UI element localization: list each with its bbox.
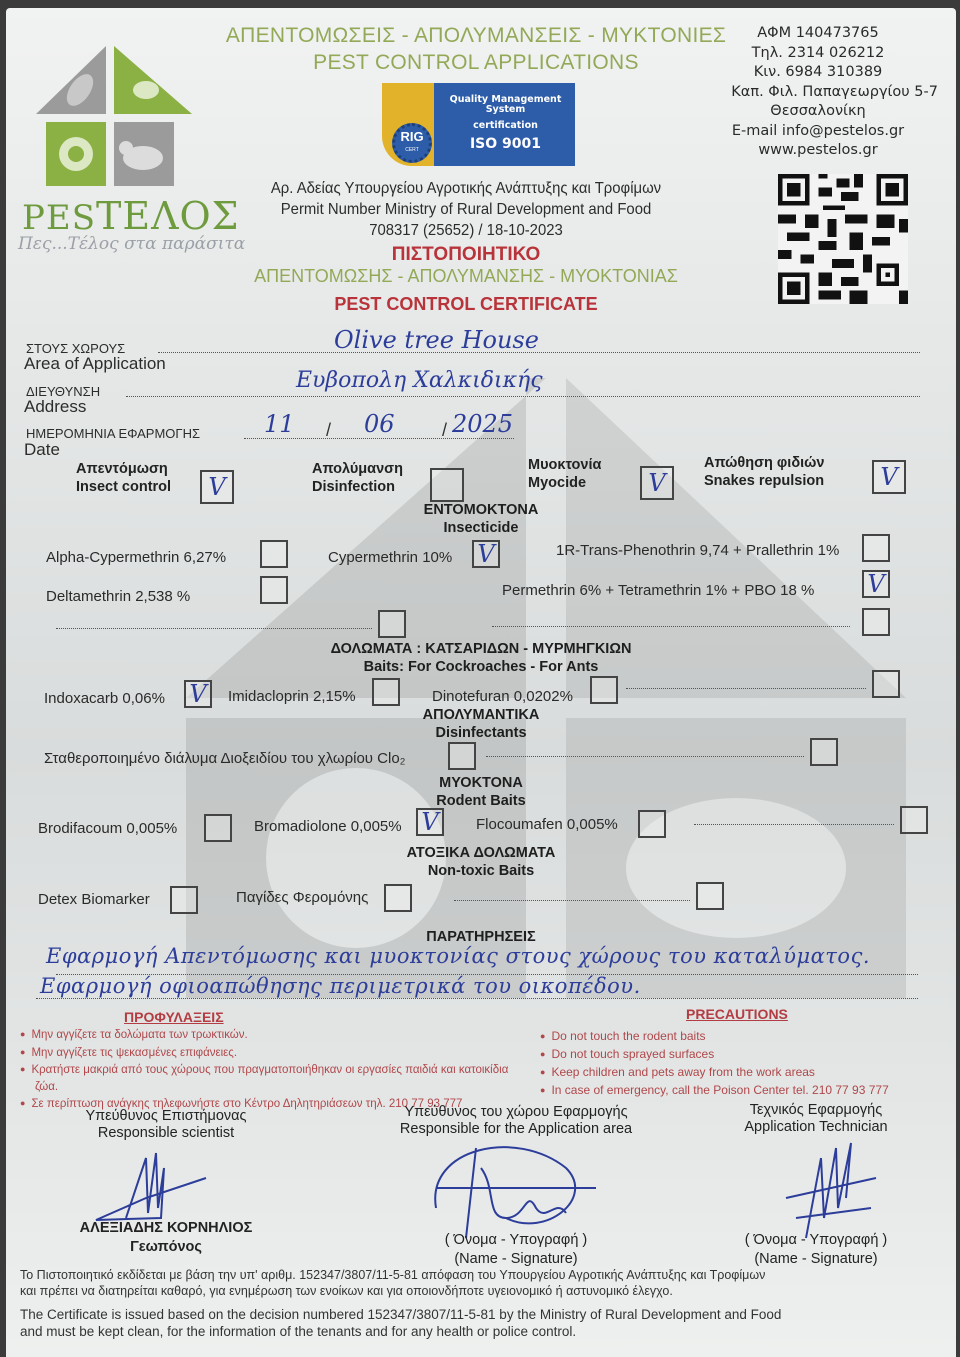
insecticide-title-en: Insecticide (6, 519, 956, 537)
service-type-checkbox[interactable]: V (872, 460, 906, 494)
disinfectants-title: ΑΠΟΛΥΜΑΝΤΙΚΑDisinfectants (6, 706, 956, 742)
area-field-value[interactable]: Olive tree House (334, 326, 539, 354)
insecticide-title-gr: ΕΝΤΟΜΟΚΤΟΝΑ (6, 501, 956, 519)
check-mark-icon: V (418, 808, 442, 836)
header-services-gr: ΑΠΕΝΤΟΜΩΣΕΙΣ - ΑΠΟΛΥΜΑΝΣΕΙΣ - ΜΥΚΤΟΝΙΕΣ (196, 24, 756, 48)
signature-title-gr: Υπεύθυνος του χώρου Εφαρμογής (366, 1104, 666, 1121)
iso-badge-text: Quality Management System certification … (438, 95, 573, 153)
iso-standard: ISO 9001 (438, 135, 573, 153)
nontoxic-blank-entry-line[interactable] (454, 900, 690, 901)
area-label-en: Area of Application (24, 354, 166, 374)
nontoxic-checkbox[interactable] (384, 884, 412, 912)
permit-block: Αρ. Αδείας Υπουργείου Αγροτικής Ανάπτυξη… (252, 178, 680, 241)
signature-block-scientist: Υπεύθυνος Επιστήμονας Responsible scient… (36, 1108, 296, 1142)
service-type-label-en: Myocide (528, 474, 601, 492)
baits-checkbox[interactable] (372, 678, 400, 706)
nontoxic-option-label: Detex Biomarker (38, 891, 150, 908)
rodent-title: ΜΥΟΚΤΟΝΑRodent Baits (6, 774, 956, 810)
service-type-checkbox[interactable]: V (200, 470, 234, 504)
contact-block: ΑΦΜ 140473765 Τηλ. 2314 026212 Κιν. 6984… (698, 24, 938, 161)
precautions-en-title: PRECAUTIONS (686, 1006, 788, 1022)
service-type-label: Απώθηση φιδιώνSnakes repulsion (704, 454, 824, 490)
mobile: Κιν. 6984 310389 (698, 63, 938, 83)
date-separator: / (442, 420, 447, 441)
check-mark-icon: V (474, 540, 498, 568)
address-field-value[interactable]: Ευβοπολη Χαλκιδικής (296, 368, 543, 393)
nontoxic-title-gr: ΑΤΟΞΙΚΑ ΔΟΛΩΜΑΤΑ (6, 844, 956, 862)
website: www.pestelos.gr (698, 141, 938, 161)
nontoxic-title-en: Non-toxic Baits (6, 862, 956, 880)
street-address: Καπ. Φιλ. Παπαγεωργίου 5-7 (698, 83, 938, 103)
nontoxic-checkbox[interactable] (170, 886, 198, 914)
service-type-checkbox[interactable] (430, 468, 464, 502)
signature-title-gr: Υπεύθυνος Επιστήμονας (36, 1108, 296, 1125)
date-label-gr: ΗΜΕΡΟΜΗΝΙΑ ΕΦΑΡΜΟΓΗΣ (26, 426, 200, 441)
footer-gr-line-2: και πρέπει να διατηρείται καθαρό, για εν… (20, 1283, 673, 1300)
disinfectants-checkbox[interactable] (810, 738, 838, 766)
address-label-en: Address (24, 397, 86, 417)
precaution-en-item: Do not touch sprayed surfaces (540, 1045, 950, 1063)
signature-technician-role-label: (Name - Signature) (706, 1251, 926, 1268)
date-day-field[interactable]: 11 (264, 410, 295, 438)
signature-scientist-role: Γεωπόνος (36, 1239, 296, 1256)
baits-title-en: Baits: For Cockroaches - For Ants (6, 658, 956, 676)
precautions-en-list: Do not touch the rodent baits Do not tou… (540, 1027, 950, 1099)
service-type-label: ΑπολύμανσηDisinfection (312, 460, 403, 496)
precaution-gr-item: Κρατήστε μακριά από τους χώρους που πραγ… (20, 1061, 520, 1095)
area-dotted-line (158, 352, 920, 353)
footer-en-line-1: The Certificate is issued based on the d… (20, 1307, 781, 1324)
certificate-title-gr: ΠΙΣΤΟΠΟΙΗΤΙΚΟ (286, 244, 646, 266)
precaution-gr-item: Μην αγγίζετε τις ψεκασμένες επιφάνειες. (20, 1044, 520, 1062)
rodent-option-label: Brodifacoum 0,005% (38, 820, 177, 837)
baits-title-gr: ΔΟΛΩΜΑΤΑ : ΚΑΤΣΑΡΙΔΩΝ - ΜΥΡΜΗΓΚΙΩΝ (6, 640, 956, 658)
nontoxic-title: ΑΤΟΞΙΚΑ ΔΟΛΩΜΑΤΑNon-toxic Baits (6, 844, 956, 880)
signature-title-en: Application Technician (706, 1119, 926, 1136)
baits-option-label: Indoxacarb 0,06% (44, 690, 165, 707)
tax-id: ΑΦΜ 140473765 (698, 24, 938, 44)
insecticide-option-label: Permethrin 6% + Tetramethrin 1% + PBO 18… (502, 582, 814, 599)
baits-checkbox[interactable] (590, 676, 618, 704)
header-services-en: PEST CONTROL APPLICATIONS (196, 51, 756, 75)
rig-cert-seal: RIG CERT (392, 123, 432, 163)
signature-technician-name-label: ( Όνομα - Υπογραφή ) (706, 1232, 926, 1249)
insecticide-blank-entry-line[interactable] (492, 626, 850, 627)
footer-gr-line-1: Το Πιστοποιητικό εκδίδεται με βάση την υ… (20, 1267, 765, 1284)
insecticide-blank-entry-line[interactable] (56, 628, 372, 629)
check-mark-icon: V (642, 466, 672, 500)
permit-line-gr: Αρ. Αδείας Υπουργείου Αγροτικής Ανάπτυξη… (252, 178, 680, 199)
service-type-label: ΑπεντόμωσηInsect control (76, 460, 171, 496)
address-dotted-line (126, 396, 920, 397)
rodent-blank-entry-line[interactable] (694, 824, 894, 825)
signature-area-name-label: ( Όνομα - Υπογραφή ) (366, 1232, 666, 1249)
insecticide-checkbox[interactable]: V (472, 540, 500, 568)
permit-number: 708317 (25652) / 18-10-2023 (252, 220, 680, 241)
insecticide-option-label: Alpha-Cypermethrin 6,27% (46, 549, 226, 566)
signature-title-gr: Τεχνικός Εφαρμογής (706, 1102, 926, 1119)
insecticide-option-label: Deltamethrin 2,538 % (46, 588, 190, 605)
rodent-title-en: Rodent Baits (6, 792, 956, 810)
logo-latin: PES (22, 198, 96, 238)
signature-scientist-icon (86, 1148, 216, 1228)
service-type-label-gr: Απεντόμωση (76, 460, 171, 478)
rodent-checkbox[interactable]: V (416, 808, 444, 836)
footer-en-line-2: and must be kept clean, for the informat… (20, 1324, 576, 1341)
iso-line3: certification (438, 117, 573, 135)
qr-code-icon (778, 174, 908, 304)
insecticide-checkbox[interactable]: V (862, 570, 890, 598)
phone: Τηλ. 2314 026212 (698, 44, 938, 64)
certificate-title-en: PEST CONTROL CERTIFICATE (266, 294, 666, 315)
cert-label: CERT (395, 148, 429, 152)
precaution-en-item: Keep children and pets away from the wor… (540, 1063, 950, 1081)
iso-badge: RIG CERT Quality Management System certi… (382, 83, 575, 166)
precaution-gr-item: Μην αγγίζετε τα δολώματα των τρωκτικών. (20, 1026, 520, 1044)
insecticide-checkbox[interactable] (378, 610, 406, 638)
service-type-label-en: Snakes repulsion (704, 472, 824, 490)
check-mark-icon: V (864, 570, 888, 598)
insecticide-checkbox[interactable] (862, 534, 890, 562)
disinfectants-option-label: Σταθεροποιημένο διάλυμα Διοξειδίου του χ… (44, 750, 406, 767)
service-type-checkbox[interactable]: V (640, 466, 674, 500)
signature-scientist-name: ΑΛΕΞΙΑΔΗΣ ΚΟΡΝΗΛΙΟΣ (36, 1220, 296, 1237)
permit-line-en: Permit Number Ministry of Rural Developm… (252, 199, 680, 220)
check-mark-icon: V (186, 680, 210, 708)
disinfectants-title-gr: ΑΠΟΛΥΜΑΝΤΙΚΑ (6, 706, 956, 724)
rodent-checkbox[interactable] (900, 806, 928, 834)
certificate-page: PESΤΕΛΟΣ Πες...Τέλος στα παράσιτα ΑΠΕΝΤΟ… (6, 8, 956, 1357)
service-type-label-gr: Απολύμανση (312, 460, 403, 478)
service-type-label: ΜυοκτονίαMyocide (528, 456, 601, 492)
date-month-field[interactable]: 06 (364, 410, 395, 438)
insecticide-title: ΕΝΤΟΜΟΚΤΟΝΑInsecticide (6, 501, 956, 537)
remarks-dotted-line-2 (36, 998, 918, 999)
baits-checkbox[interactable]: V (184, 680, 212, 708)
nontoxic-checkbox[interactable] (696, 882, 724, 910)
baits-option-label: Dinotefuran 0,0202% (432, 688, 573, 705)
rodent-checkbox[interactable] (638, 810, 666, 838)
logo-greek: ΤΕΛΟΣ (96, 194, 240, 238)
iso-line2: System (438, 105, 573, 115)
check-mark-icon: V (874, 460, 904, 494)
date-label-en: Date (24, 440, 60, 460)
baits-title: ΔΟΛΩΜΑΤΑ : ΚΑΤΣΑΡΙΔΩΝ - ΜΥΡΜΗΓΚΙΩΝBaits:… (6, 640, 956, 676)
insecticide-checkbox[interactable] (260, 576, 288, 604)
service-type-label-en: Insect control (76, 478, 171, 496)
disinfectants-blank-entry-line[interactable] (486, 756, 804, 757)
email: E-mail info@pestelos.gr (698, 122, 938, 142)
city: Θεσσαλονίκη (698, 102, 938, 122)
baits-option-label: Imidacloprin 2,15% (228, 688, 356, 705)
precaution-en-item: In case of emergency, call the Poison Ce… (540, 1081, 950, 1099)
signature-title-en: Responsible scientist (36, 1125, 296, 1142)
rodent-title-gr: ΜΥΟΚΤΟΝΑ (6, 774, 956, 792)
insecticide-checkbox[interactable] (862, 608, 890, 636)
signature-area-role-label: (Name - Signature) (366, 1251, 666, 1268)
service-type-label-en: Disinfection (312, 478, 403, 496)
precautions-gr-title: ΠΡΟΦΥΛΑΞΕΙΣ (124, 1009, 224, 1025)
insecticide-checkbox[interactable] (260, 540, 288, 568)
service-type-label-gr: Απώθηση φιδιών (704, 454, 824, 472)
remarks-line-2[interactable]: Εφαρμογή οφιοαπώθησης περιμετρικά του οι… (40, 974, 641, 998)
date-year-field[interactable]: 2025 (452, 410, 513, 438)
date-dotted-line (244, 438, 514, 439)
company-slogan: Πες...Τέλος στα παράσιτα (18, 234, 245, 254)
precautions-gr-list: Μην αγγίζετε τα δολώματα των τρωκτικών. … (20, 1026, 520, 1113)
company-logo-icon (28, 40, 196, 190)
rodent-option-label: Bromadiolone 0,005% (254, 818, 402, 835)
baits-checkbox[interactable] (872, 670, 900, 698)
signature-block-technician: Τεχνικός Εφαρμογής Application Technicia… (706, 1102, 926, 1136)
baits-blank-entry-line[interactable] (626, 688, 866, 689)
signature-area-icon (426, 1128, 606, 1248)
date-separator: / (326, 420, 331, 441)
check-mark-icon: V (202, 470, 232, 504)
rig-label: RIG (395, 126, 429, 148)
insecticide-option-label: Cypermethrin 10% (328, 549, 452, 566)
remarks-line-1[interactable]: Εφαρμογή Απεντόμωσης και μυοκτονίας στου… (46, 944, 870, 968)
precaution-en-item: Do not touch the rodent baits (540, 1027, 950, 1045)
rodent-checkbox[interactable] (204, 814, 232, 842)
insecticide-option-label: 1R-Trans-Phenothrin 9,74 + Prallethrin 1… (556, 542, 839, 559)
service-type-label-gr: Μυοκτονία (528, 456, 601, 474)
rodent-option-label: Flocoumafen 0,005% (476, 816, 618, 833)
certificate-subtitle-gr: ΑΠΕΝΤΟΜΩΣΗΣ - ΑΠΟΛΥΜΑΝΣΗΣ - ΜΥΟΚΤΟΝΙΑΣ (206, 266, 726, 287)
company-logo-text: PESΤΕΛΟΣ (22, 194, 240, 238)
disinfectants-checkbox[interactable] (448, 742, 476, 770)
nontoxic-option-label: Παγίδες Φερομόνης (236, 889, 368, 906)
